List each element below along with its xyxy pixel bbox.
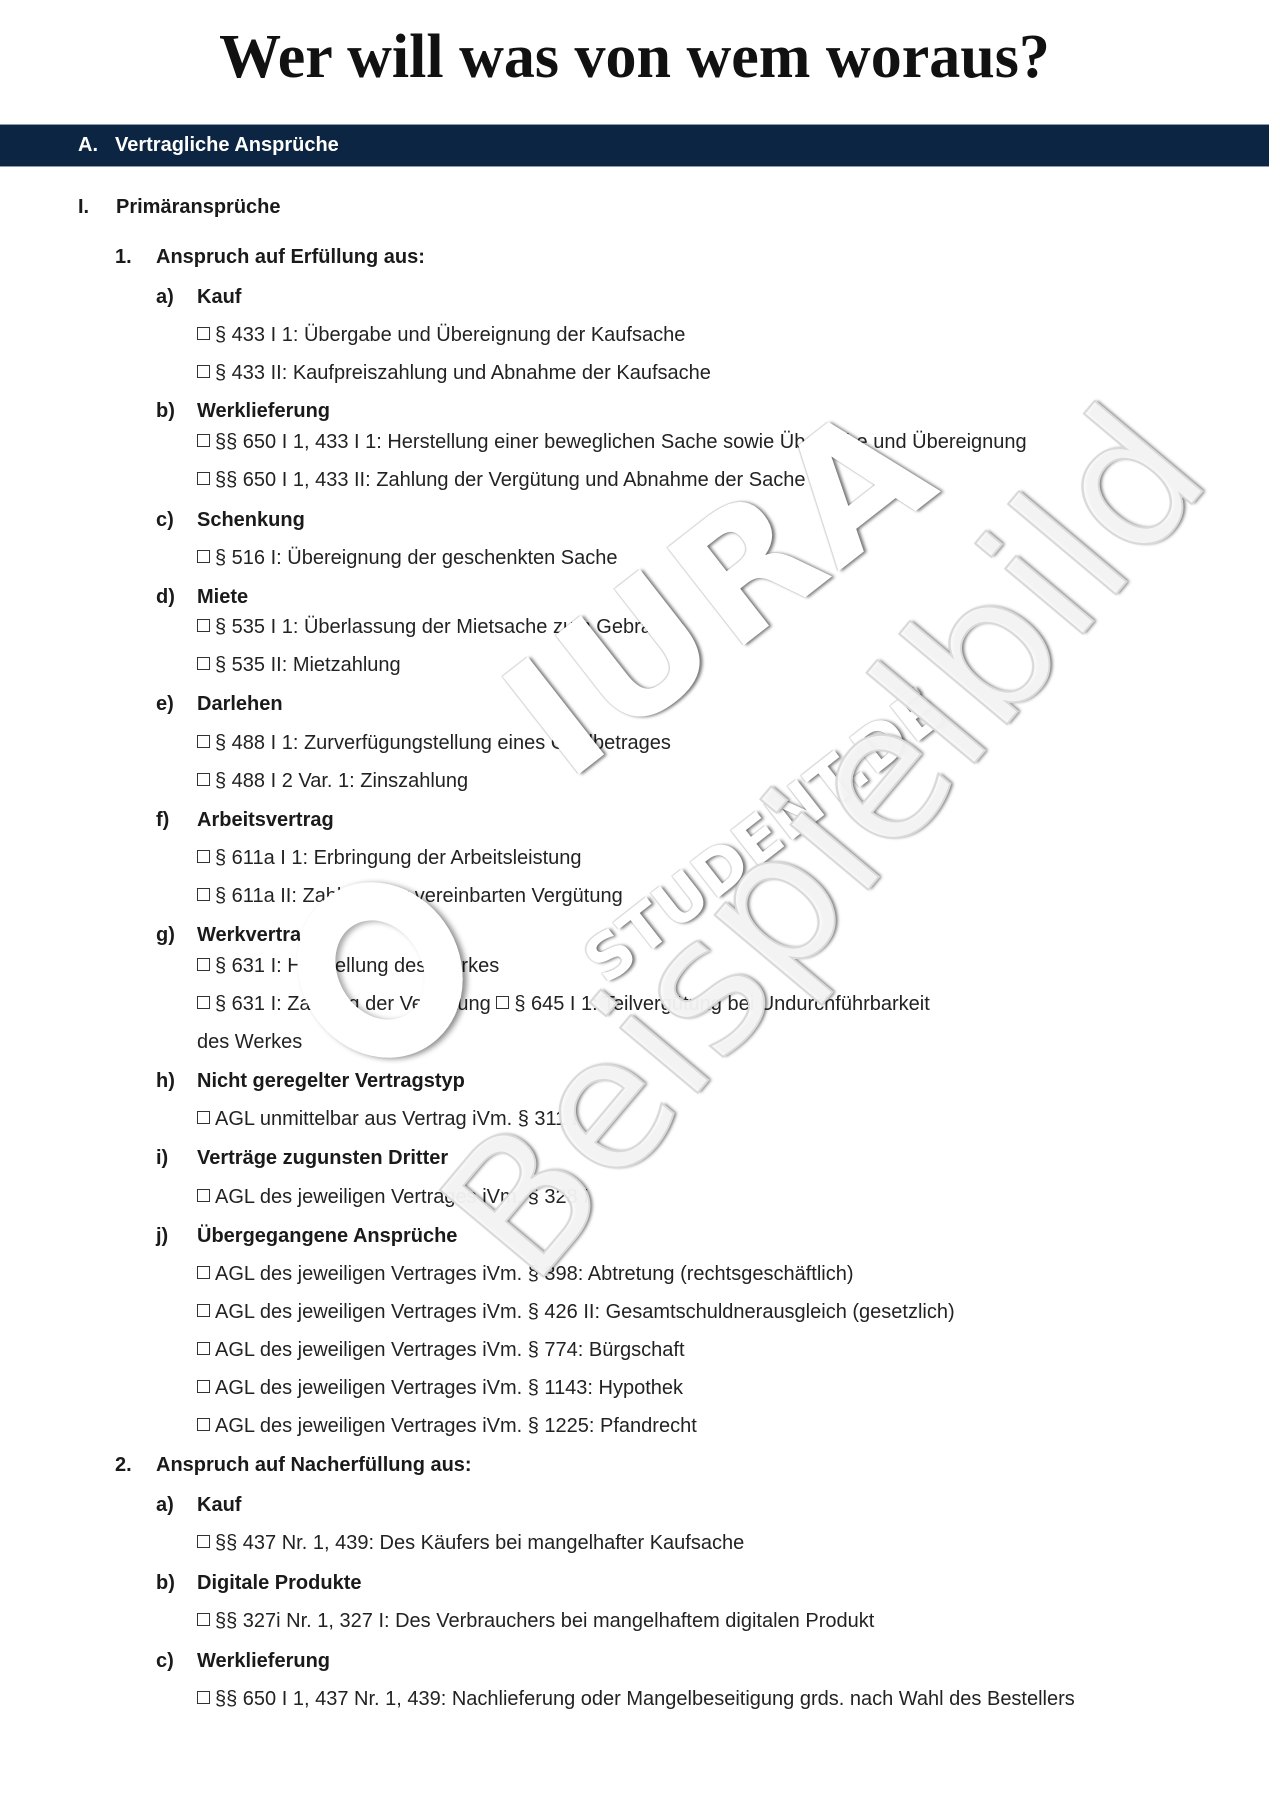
category-letter: a) xyxy=(156,284,174,310)
checklist-item-text: §§ 650 I 1, 433 II: Zahlung der Vergütun… xyxy=(215,469,805,491)
checkbox-icon[interactable] xyxy=(197,327,210,340)
checklist-item: § 535 I 1: Überlassung der Mietsache zum… xyxy=(197,616,684,638)
checkbox-icon[interactable] xyxy=(197,657,210,670)
item-line: §§ 650 I 1, 433 I 1: Herstellung einer b… xyxy=(197,429,1027,455)
group-number: 2. xyxy=(115,1452,132,1478)
checklist-item-text: § 433 I 1: Übergabe und Übereignung der … xyxy=(215,324,685,346)
category-label: Schenkung xyxy=(197,507,305,533)
checklist-item-text: AGL des jeweiligen Vertrages iVm. § 328 … xyxy=(215,1186,589,1208)
checklist-item-text: AGL des jeweiligen Vertrages iVm. § 774:… xyxy=(215,1339,685,1361)
category-label: Werkvertrag xyxy=(197,922,313,948)
item-line: AGL des jeweiligen Vertrages iVm. § 398:… xyxy=(197,1261,854,1287)
category-label: Verträge zugunsten Dritter xyxy=(197,1145,448,1171)
item-line: §§ 650 I 1, 433 II: Zahlung der Vergütun… xyxy=(197,467,805,493)
subsection-label: Primäransprüche xyxy=(116,194,281,220)
checklist-item-text: AGL des jeweiligen Vertrages iVm. § 398:… xyxy=(215,1263,854,1285)
item-line: §§ 437 Nr. 1, 439: Des Käufers bei mange… xyxy=(197,1530,744,1556)
checkbox-icon[interactable] xyxy=(197,1342,210,1355)
category-label: Miete xyxy=(197,584,248,610)
checklist-item-text: AGL des jeweiligen Vertrages iVm. § 426 … xyxy=(215,1301,955,1323)
checkbox-icon[interactable] xyxy=(197,1189,210,1202)
checkbox-icon[interactable] xyxy=(197,735,210,748)
item-line: AGL unmittelbar aus Vertrag iVm. § 311 I xyxy=(197,1106,577,1132)
item-line: § 611a I 1: Erbringung der Arbeitsleistu… xyxy=(197,845,582,871)
category-letter: g) xyxy=(156,922,175,948)
item-line: § 488 I 2 Var. 1: Zinszahlung xyxy=(197,768,468,794)
category-label: Werklieferung xyxy=(197,1648,330,1674)
checklist-item: § 535 II: Mietzahlung xyxy=(197,654,401,676)
checklist-item: AGL des jeweiligen Vertrages iVm. § 774:… xyxy=(197,1339,685,1361)
item-line: § 631 I: Herstellung des Werkes xyxy=(197,953,499,979)
checkbox-icon[interactable] xyxy=(197,1380,210,1393)
checklist-item-text: §§ 437 Nr. 1, 439: Des Käufers bei mange… xyxy=(215,1532,744,1554)
checklist-item-text: § 516 I: Übereignung der geschenkten Sac… xyxy=(215,547,618,569)
section-number: A. xyxy=(78,125,98,166)
checkbox-icon[interactable] xyxy=(197,434,210,447)
category-letter: b) xyxy=(156,1570,175,1596)
checklist-item: § 516 I: Übereignung der geschenkten Sac… xyxy=(197,547,618,569)
checklist-item: § 645 I 1: Teilvergütung bei Undurchführ… xyxy=(496,993,929,1015)
checklist-item: § 611a II: Zahlung der vereinbarten Verg… xyxy=(197,885,623,907)
item-line: § 535 I 1: Überlassung der Mietsache zum… xyxy=(197,614,684,640)
checklist-item: §§ 437 Nr. 1, 439: Des Käufers bei mange… xyxy=(197,1532,744,1554)
checklist-item-text: §§ 650 I 1, 437 Nr. 1, 439: Nachlieferun… xyxy=(215,1688,1075,1710)
checkbox-icon[interactable] xyxy=(197,619,210,632)
checkbox-icon[interactable] xyxy=(197,958,210,971)
checkbox-icon[interactable] xyxy=(197,773,210,786)
category-label: Kauf xyxy=(197,284,241,310)
checkbox-icon[interactable] xyxy=(197,365,210,378)
checklist-item: § 433 I 1: Übergabe und Übereignung der … xyxy=(197,324,685,346)
category-label: Kauf xyxy=(197,1492,241,1518)
item-line: AGL des jeweiligen Vertrages iVm. § 1143… xyxy=(197,1375,683,1401)
watermark-student-de: STUDENT.DE xyxy=(570,673,956,997)
checklist-item-text: AGL unmittelbar aus Vertrag iVm. § 311 I xyxy=(215,1108,577,1130)
item-line: AGL des jeweiligen Vertrages iVm. § 1225… xyxy=(197,1413,697,1439)
checklist-item-text: § 645 I 1: Teilvergütung bei Undurchführ… xyxy=(514,993,929,1015)
checklist-item: § 611a I 1: Erbringung der Arbeitsleistu… xyxy=(197,847,582,869)
checkbox-icon[interactable] xyxy=(197,1418,210,1431)
checkbox-icon[interactable] xyxy=(197,996,210,1009)
checklist-item-text: § 535 II: Mietzahlung xyxy=(215,654,401,676)
checklist-item-text: § 631 I: Herstellung des Werkes xyxy=(215,955,499,977)
checkbox-icon[interactable] xyxy=(197,550,210,563)
item-line: § 611a II: Zahlung der vereinbarten Verg… xyxy=(197,883,623,909)
item-line: § 488 I 1: Zurverfügungstellung eines Ge… xyxy=(197,730,671,756)
checkbox-icon[interactable] xyxy=(197,1111,210,1124)
section-banner: A. Vertragliche Ansprüche xyxy=(0,124,1269,167)
category-letter: c) xyxy=(156,1648,174,1674)
checklist-item: § 631 I: Zahlung der Vergütung xyxy=(197,993,491,1015)
category-letter: a) xyxy=(156,1492,174,1518)
checkbox-icon[interactable] xyxy=(197,1266,210,1279)
category-label: Übergegangene Ansprüche xyxy=(197,1223,457,1249)
checklist-item: §§ 327i Nr. 1, 327 I: Des Verbrauchers b… xyxy=(197,1610,874,1632)
checkbox-icon[interactable] xyxy=(496,996,509,1009)
checkbox-icon[interactable] xyxy=(197,1304,210,1317)
category-letter: j) xyxy=(156,1223,168,1249)
group-label: Anspruch auf Erfüllung aus: xyxy=(156,244,425,270)
item-line: AGL des jeweiligen Vertrages iVm. § 426 … xyxy=(197,1299,955,1325)
checklist-item-text: § 433 II: Kaufpreiszahlung und Abnahme d… xyxy=(215,362,711,384)
checklist-item-text: § 535 I 1: Überlassung der Mietsache zum… xyxy=(215,616,684,638)
item-line: AGL des jeweiligen Vertrages iVm. § 774:… xyxy=(197,1337,685,1363)
checkbox-icon[interactable] xyxy=(197,850,210,863)
checklist-item-continuation: des Werkes xyxy=(197,1031,302,1053)
category-letter: h) xyxy=(156,1068,175,1094)
category-letter: e) xyxy=(156,691,174,717)
category-label: Arbeitsvertrag xyxy=(197,807,334,833)
section-label: Vertragliche Ansprüche xyxy=(115,125,339,166)
checklist-item: § 488 I 2 Var. 1: Zinszahlung xyxy=(197,770,468,792)
checkbox-icon[interactable] xyxy=(197,1691,210,1704)
checklist-item: § 433 II: Kaufpreiszahlung und Abnahme d… xyxy=(197,362,711,384)
checklist-item: AGL unmittelbar aus Vertrag iVm. § 311 I xyxy=(197,1108,577,1130)
item-line: §§ 327i Nr. 1, 327 I: Des Verbrauchers b… xyxy=(197,1608,874,1634)
item-line: AGL des jeweiligen Vertrages iVm. § 328 … xyxy=(197,1184,589,1210)
checklist-item-text: §§ 650 I 1, 433 I 1: Herstellung einer b… xyxy=(215,431,1027,453)
category-label: Darlehen xyxy=(197,691,283,717)
document-title: Wer will was von wem woraus? xyxy=(0,22,1269,93)
category-letter: b) xyxy=(156,398,175,424)
checklist-item: AGL des jeweiligen Vertrages iVm. § 1143… xyxy=(197,1377,683,1399)
category-letter: i) xyxy=(156,1145,168,1171)
checklist-item-text: § 611a I 1: Erbringung der Arbeitsleistu… xyxy=(215,847,582,869)
checklist-item: AGL des jeweiligen Vertrages iVm. § 426 … xyxy=(197,1301,955,1323)
checklist-item-text: AGL des jeweiligen Vertrages iVm. § 1225… xyxy=(215,1415,697,1437)
checklist-item-text: § 488 I 1: Zurverfügungstellung eines Ge… xyxy=(215,732,671,754)
checklist-item: §§ 650 I 1, 433 I 1: Herstellung einer b… xyxy=(197,431,1027,453)
group-label: Anspruch auf Nacherfüllung aus: xyxy=(156,1452,472,1478)
checklist-item: AGL des jeweiligen Vertrages iVm. § 398:… xyxy=(197,1263,854,1285)
checklist-item-text: § 611a II: Zahlung der vereinbarten Verg… xyxy=(215,885,623,907)
item-line: § 433 I 1: Übergabe und Übereignung der … xyxy=(197,322,685,348)
category-label: Werklieferung xyxy=(197,398,330,424)
category-label: Nicht geregelter Vertragstyp xyxy=(197,1068,465,1094)
checkbox-icon[interactable] xyxy=(197,1613,210,1626)
checklist-item: AGL des jeweiligen Vertrages iVm. § 328 … xyxy=(197,1186,589,1208)
watermark-beispielbild: Beispielbild xyxy=(400,368,1247,1319)
item-line: § 535 II: Mietzahlung xyxy=(197,652,401,678)
category-letter: c) xyxy=(156,507,174,533)
category-label: Digitale Produkte xyxy=(197,1570,361,1596)
checklist-item-text: § 488 I 2 Var. 1: Zinszahlung xyxy=(215,770,468,792)
item-line: des Werkes xyxy=(197,1029,302,1055)
item-line: § 631 I: Zahlung der Vergütung § 645 I 1… xyxy=(197,991,930,1017)
checklist-item: § 631 I: Herstellung des Werkes xyxy=(197,955,499,977)
category-letter: f) xyxy=(156,807,169,833)
checklist-item: §§ 650 I 1, 437 Nr. 1, 439: Nachlieferun… xyxy=(197,1688,1075,1710)
checkbox-icon[interactable] xyxy=(197,888,210,901)
checklist-item: AGL des jeweiligen Vertrages iVm. § 1225… xyxy=(197,1415,697,1437)
checklist-item-text: §§ 327i Nr. 1, 327 I: Des Verbrauchers b… xyxy=(215,1610,874,1632)
checklist-item-text: § 631 I: Zahlung der Vergütung xyxy=(215,993,491,1015)
checkbox-icon[interactable] xyxy=(197,1535,210,1548)
checklist-item: §§ 650 I 1, 433 II: Zahlung der Vergütun… xyxy=(197,469,805,491)
checklist-item-text: AGL des jeweiligen Vertrages iVm. § 1143… xyxy=(215,1377,683,1399)
checklist-item: § 488 I 1: Zurverfügungstellung eines Ge… xyxy=(197,732,671,754)
item-line: §§ 650 I 1, 437 Nr. 1, 439: Nachlieferun… xyxy=(197,1686,1075,1712)
category-letter: d) xyxy=(156,584,175,610)
group-number: 1. xyxy=(115,244,132,270)
item-line: § 516 I: Übereignung der geschenkten Sac… xyxy=(197,545,618,571)
checkbox-icon[interactable] xyxy=(197,472,210,485)
item-line: § 433 II: Kaufpreiszahlung und Abnahme d… xyxy=(197,360,711,386)
subsection-number: I. xyxy=(78,194,89,220)
